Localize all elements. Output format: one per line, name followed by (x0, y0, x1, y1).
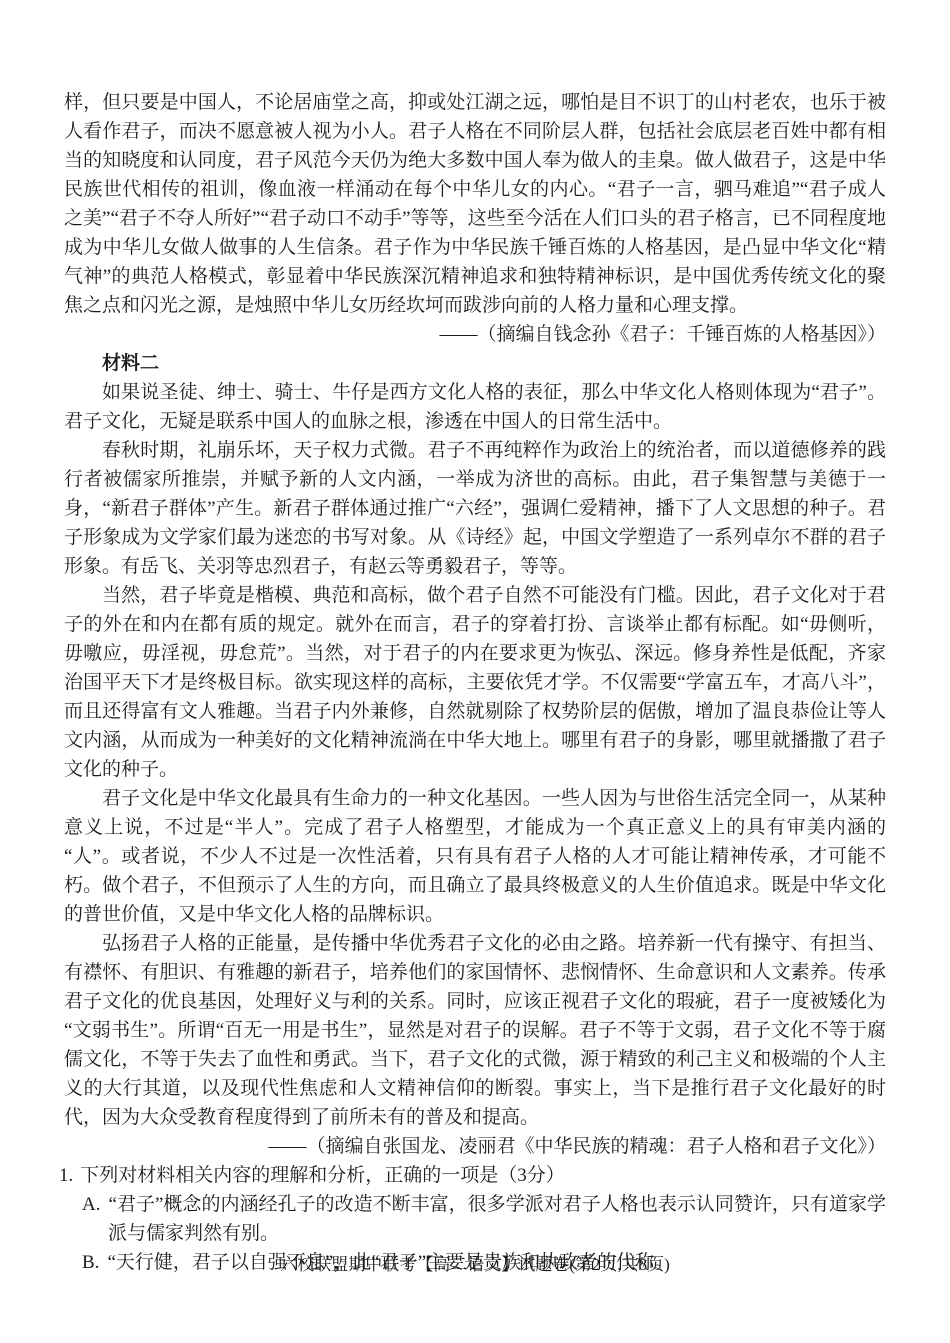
material-two-paragraph: 弘扬君子人格的正能量，是传播中华优秀君子文化的必由之路。培养新一代有操守、有担当… (64, 929, 886, 1132)
page-text-block: 样，但只要是中国人，不论居庙堂之高，抑或处江湖之远，哪怕是目不识丁的山村老农，也… (64, 88, 886, 1277)
question-1-option-a: A.“君子”概念的内涵经孔子的改造不断丰富，很多学派对君子人格也表示认同赞许，只… (64, 1190, 886, 1248)
material-two-attribution: ——（摘编自张国龙、凌丽君《中华民族的精魂：君子人格和君子文化》） (64, 1132, 886, 1161)
question-1-option-a-text: “君子”概念的内涵经孔子的改造不断丰富，很多学派对君子人格也表示认同赞许，只有道… (108, 1194, 886, 1244)
material-two-heading: 材料二 (64, 349, 886, 378)
question-1-stem-text: 下列对材料相关内容的理解和分析，正确的一项是（3分） (80, 1165, 565, 1186)
page-footer: 六校联盟期中联考【高二语文】试题卷(第2页,共8页) (0, 1254, 950, 1276)
material-one-attribution: ——（摘编自钱念孙《君子：千锤百炼的人格基因》） (64, 320, 886, 349)
material-two-paragraph: 当然，君子毕竟是楷模、典范和高标，做个君子自然不可能没有门槛。因此，君子文化对于… (64, 581, 886, 784)
question-1-number: 1. (59, 1165, 73, 1186)
question-1-stem: 1.下列对材料相关内容的理解和分析，正确的一项是（3分） (59, 1161, 886, 1190)
material-one-continuation-paragraph: 样，但只要是中国人，不论居庙堂之高，抑或处江湖之远，哪怕是目不识丁的山村老农，也… (64, 88, 886, 320)
material-two-paragraph: 如果说圣徒、绅士、骑士、牛仔是西方文化人格的表征，那么中华文化人格则体现为“君子… (64, 378, 886, 436)
material-two-paragraph: 春秋时期，礼崩乐坏，天子权力式微。君子不再纯粹作为政治上的统治者，而以道德修养的… (64, 436, 886, 581)
question-1-option-a-label: A. (82, 1194, 100, 1215)
exam-page: { "document": { "material_one": { "conti… (0, 0, 950, 1343)
material-two-paragraph: 君子文化是中华文化最具有生命力的一种文化基因。一些人因为与世俗生活完全同一，从某… (64, 784, 886, 929)
